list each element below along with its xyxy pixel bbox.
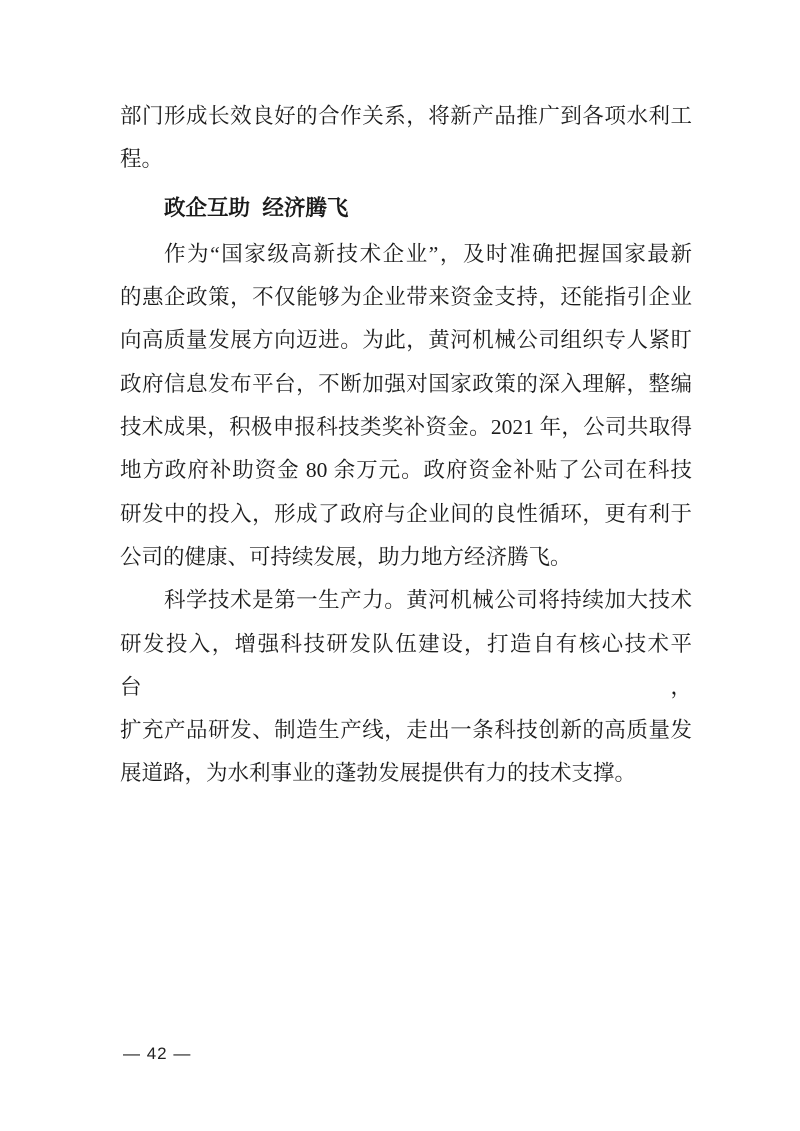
paragraph: 部门形成长效良好的合作关系，将新产品推广到各项水利工程。 (120, 95, 692, 182)
text-line: 政府信息发布平台，不断加强对国家政策的深入理解，整编 (120, 363, 692, 406)
text-line: 程。 (120, 138, 692, 181)
document-content: 部门形成长效良好的合作关系，将新产品推广到各项水利工程。政企互助 经济腾飞作为“… (120, 95, 692, 796)
text-line: 向高质量发展方向迈进。为此，黄河机械公司组织专人紧盯 (120, 319, 692, 362)
text-line: 作为“国家级高新技术企业”，及时准确把握国家最新 (120, 233, 692, 276)
text-line: 的惠企政策，不仅能够为企业带来资金支持，还能指引企业 (120, 276, 692, 319)
text-line: 部门形成长效良好的合作关系，将新产品推广到各项水利工 (120, 95, 692, 138)
paragraph: 科学技术是第一生产力。黄河机械公司将持续加大技术研发投入，增强科技研发队伍建设，… (120, 579, 692, 795)
document-page: 部门形成长效良好的合作关系，将新产品推广到各项水利工程。政企互助 经济腾飞作为“… (0, 0, 800, 1131)
text-line: 研发中的投入，形成了政府与企业间的良性循环，更有利于 (120, 493, 692, 536)
paragraph: 作为“国家级高新技术企业”，及时准确把握国家最新的惠企政策，不仅能够为企业带来资… (120, 233, 692, 579)
text-line: 研发投入，增强科技研发队伍建设，打造自有核心技术平台， (120, 623, 692, 710)
text-line: 公司的健康、可持续发展，助力地方经济腾飞。 (120, 536, 692, 579)
text-line: 技术成果，积极申报科技类奖补资金。2021 年，公司共取得 (120, 406, 692, 449)
section-heading: 政企互助 经济腾飞 (120, 187, 692, 230)
text-line: 展道路，为水利事业的蓬勃发展提供有力的技术支撑。 (120, 752, 692, 795)
page-number: — 42 — (123, 1042, 191, 1066)
text-line: 科学技术是第一生产力。黄河机械公司将持续加大技术 (120, 579, 692, 622)
text-line: 地方政府补助资金 80 余万元。政府资金补贴了公司在科技 (120, 449, 692, 492)
text-line: 扩充产品研发、制造生产线，走出一条科技创新的高质量发 (120, 709, 692, 752)
